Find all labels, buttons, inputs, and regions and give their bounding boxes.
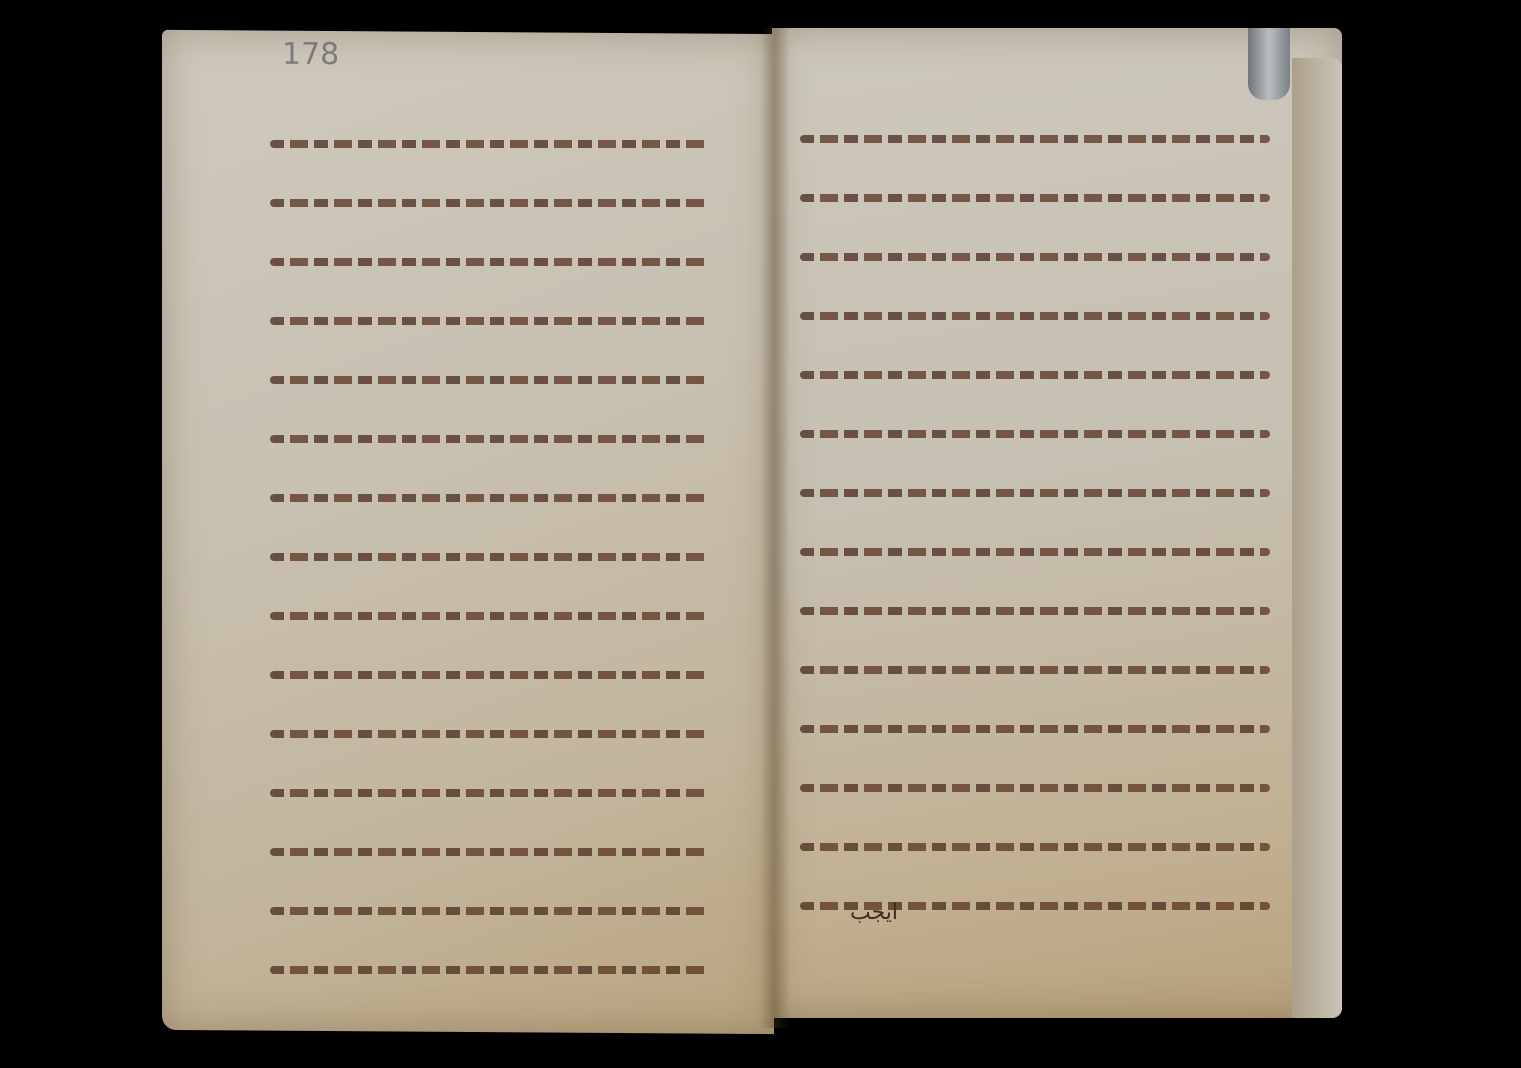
text-line — [270, 546, 710, 564]
text-line — [270, 959, 710, 977]
text-line — [800, 305, 1270, 323]
text-line — [800, 541, 1270, 559]
text-line — [800, 128, 1270, 146]
text-line — [800, 482, 1270, 500]
text-line — [270, 664, 710, 682]
text-line — [800, 659, 1270, 677]
page-edges — [1292, 58, 1342, 1018]
text-line — [270, 782, 710, 800]
text-line — [270, 723, 710, 741]
text-line — [270, 900, 710, 918]
text-line — [270, 192, 710, 210]
text-line — [270, 251, 710, 269]
catchword: ايجب — [850, 900, 898, 925]
page-number: 178 — [282, 37, 339, 72]
text-line — [270, 133, 710, 151]
text-line — [270, 428, 710, 446]
book-gutter — [760, 28, 790, 1028]
text-line — [800, 718, 1270, 736]
text-line — [800, 187, 1270, 205]
text-line — [800, 364, 1270, 382]
text-line — [800, 600, 1270, 618]
text-line — [270, 310, 710, 328]
right-page-text — [800, 128, 1270, 913]
text-line — [800, 777, 1270, 795]
metal-clip — [1248, 28, 1290, 100]
text-line — [800, 423, 1270, 441]
text-line — [270, 487, 710, 505]
text-line — [270, 841, 710, 859]
left-page-text — [270, 133, 710, 977]
text-line — [800, 246, 1270, 264]
text-line — [270, 369, 710, 387]
text-line — [270, 605, 710, 623]
manuscript-book: 178 ايجب — [160, 28, 1392, 1038]
text-line — [800, 836, 1270, 854]
